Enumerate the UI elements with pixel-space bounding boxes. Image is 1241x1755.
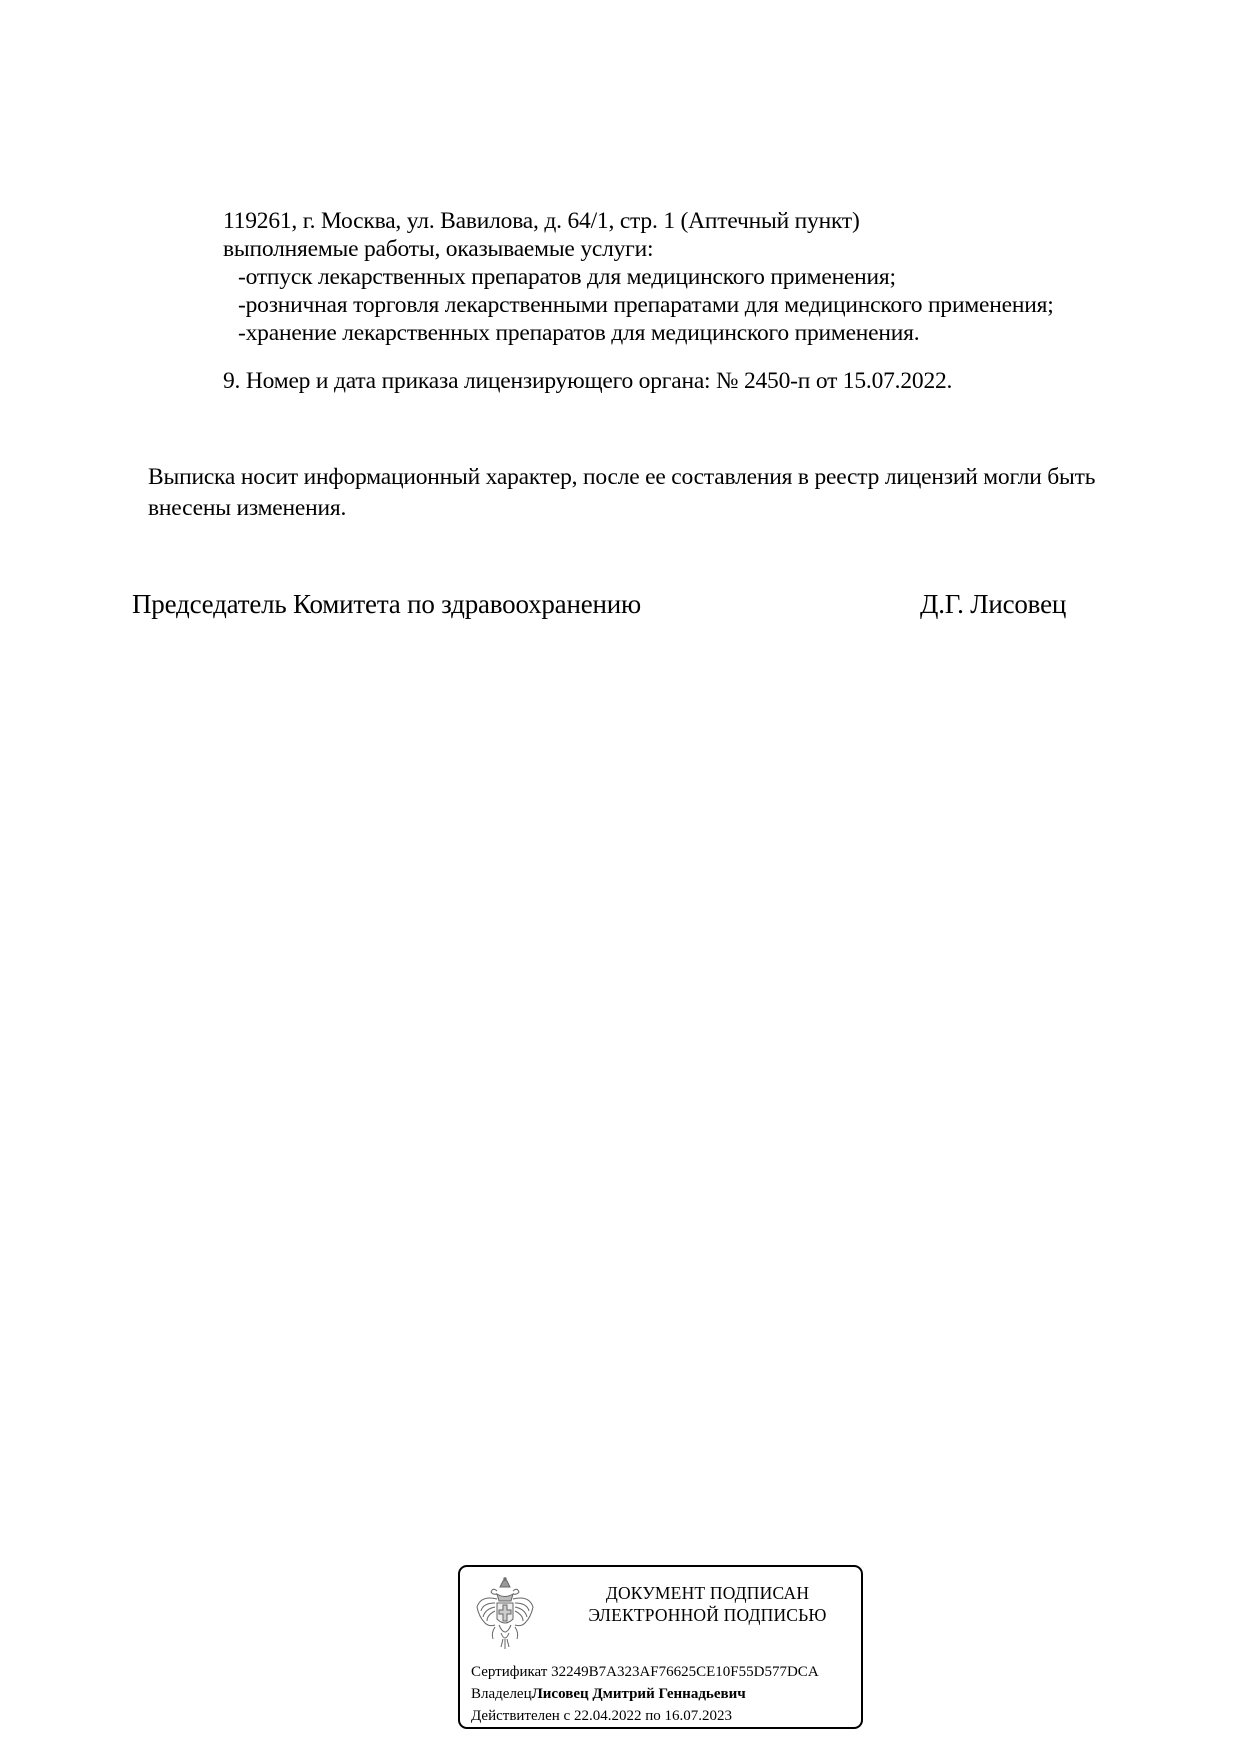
certificate-line: Сертификат 32249B7A323AF76625CE10F55D577… (471, 1662, 819, 1682)
certificate-label: Сертификат (471, 1664, 547, 1680)
service-item: -хранение лекарственных препаратов для м… (238, 319, 919, 347)
electronic-signature-stamp: ДОКУМЕНТ ПОДПИСАН ЭЛЕКТРОННОЙ ПОДПИСЬЮ С… (458, 1565, 863, 1729)
services-heading: выполняемые работы, оказываемые услуги: (223, 235, 653, 263)
stamp-title-line-2: ЭЛЕКТРОННОЙ ПОДПИСЬЮ (560, 1604, 855, 1626)
owner-value: Лисовец Дмитрий Геннадьевич (532, 1686, 746, 1702)
validity-line: Действителен с 22.04.2022 по 16.07.2023 (471, 1706, 732, 1726)
signatory-name: Д.Г. Лисовец (920, 588, 1066, 620)
certificate-value: 32249B7A323AF76625CE10F55D577DCA (551, 1664, 819, 1680)
owner-line: ВладелецЛисовец Дмитрий Геннадьевич (471, 1684, 746, 1704)
signatory-position: Председатель Комитета по здравоохранению (132, 588, 641, 620)
owner-label: Владелец (471, 1686, 532, 1702)
service-item: -розничная торговля лекарственными препа… (238, 291, 1054, 319)
disclaimer-line-1: Выписка носит информационный характер, п… (148, 463, 1095, 491)
order-number: 9. Номер и дата приказа лицензирующего о… (223, 367, 952, 395)
coat-of-arms-icon (475, 1577, 535, 1653)
service-item: -отпуск лекарственных препаратов для мед… (238, 263, 896, 291)
disclaimer-line-2: внесены изменения. (148, 494, 346, 522)
address-line: 119261, г. Москва, ул. Вавилова, д. 64/1… (223, 207, 860, 235)
stamp-title-line-1: ДОКУМЕНТ ПОДПИСАН (560, 1582, 855, 1604)
